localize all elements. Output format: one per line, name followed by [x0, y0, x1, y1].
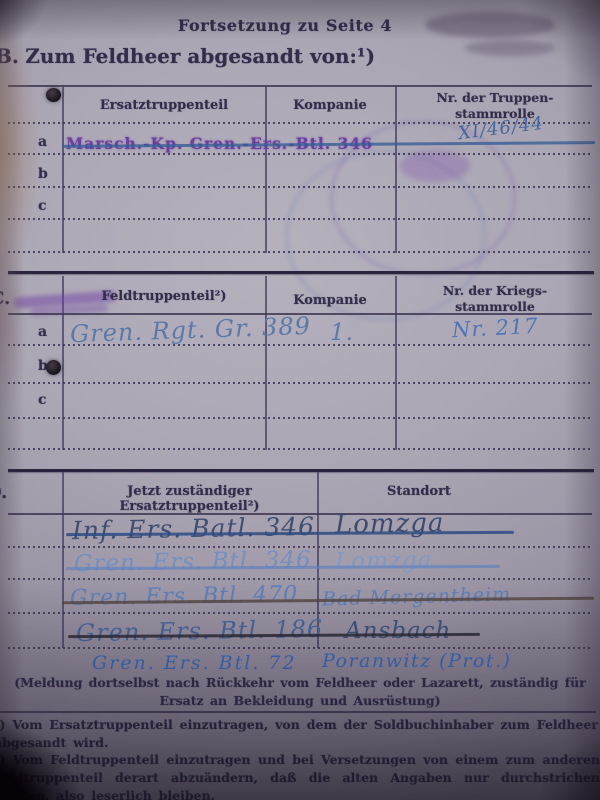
table-b-top-rule [8, 85, 592, 87]
table-c-col3-line1: Nr. der Kriegs- [397, 283, 593, 299]
section-divider-b-c [8, 271, 594, 274]
ersatztruppenteil-entry: Gren. Ers. Btl. 346 [74, 547, 312, 577]
footnote-1: ¹) Vom Ersatztruppenteil einzutragen, vo… [0, 716, 598, 752]
row-label-c: c [38, 392, 47, 408]
row-label-b: b [38, 166, 48, 182]
footnote-rule [0, 711, 596, 713]
row-label-a: a [38, 324, 47, 340]
table-d-row4-line [8, 647, 592, 649]
table-c-col1-header: Feldtruppenteil²) [64, 289, 264, 304]
section-b-heading: B. Zum Feldheer abgesandt von:¹) [0, 44, 375, 68]
table-b-col2-header: Kompanie [267, 98, 393, 113]
table-b-row-a-line [8, 153, 592, 155]
section-divider-c-d [8, 469, 594, 472]
ersatztruppenteil-entry: Gren. Ers. Btl. 470 [70, 582, 299, 611]
ersatztruppenteil-entry: Gren. Ers. Btl. 186 [76, 615, 324, 647]
table-b-row-c-line [8, 218, 592, 220]
standort-entry-current: Poranwitz (Prot.) [322, 650, 511, 672]
row-label-c: c [38, 198, 47, 214]
row-label-a: a [38, 134, 47, 150]
table-d-col2-header: Standort [319, 484, 519, 499]
ersatztruppenteil-entry: Inf. Ers. Batl. 346 [72, 512, 316, 545]
table-d-row2-line [8, 578, 592, 580]
kompanie-entry: 1. [330, 320, 354, 346]
standort-entry: Ansbach [345, 618, 451, 644]
feldtruppenteil-entry: Gren. Rgt. Gr. 389 [70, 312, 312, 348]
standort-entry: Lomzga [335, 547, 433, 575]
table-b-col1-header: Ersatztruppenteil [64, 98, 264, 113]
table-b-col3-header: Nr. der Truppen- stammrolle [397, 90, 593, 121]
ersatztruppenteil-entry-current: Gren. Ers. Btl. 72 [92, 652, 297, 674]
table-b-col3-line1: Nr. der Truppen- [397, 90, 593, 106]
table-d-row3-line [8, 612, 592, 614]
table-d-col1-header: Jetzt zuständiger Ersatztruppenteil²) [64, 484, 315, 514]
table-c-row-c-line [8, 417, 592, 419]
table-b-extra-line [8, 251, 592, 253]
section-b-label: B. [0, 44, 19, 68]
footnote-2: ²) Vom Feldtruppenteil einzutragen und b… [0, 751, 600, 800]
page-title: Fortsetzung zu Seite 4 [0, 16, 570, 35]
table-c-col3-header: Nr. der Kriegs- stammrolle [397, 283, 593, 314]
punch-hole [46, 88, 61, 102]
section-d-label: D. [0, 482, 7, 503]
meldung-note: (Meldung dortselbst nach Rückkehr vom Fe… [8, 674, 592, 710]
section-c-label: C. [0, 288, 10, 309]
soldbuch-page-photo: Fortsetzung zu Seite 4 B. Zum Feldheer a… [0, 0, 600, 800]
bleedthrough-mark [465, 40, 555, 56]
kriegsstammrolle-entry: Nr. 217 [451, 314, 539, 342]
standort-entry: Lomzga [335, 508, 445, 540]
punch-hole [46, 360, 61, 375]
table-b-row-b-line [8, 186, 592, 188]
table-c-col2-header: Kompanie [267, 293, 393, 308]
table-c-col3-line2: stammrolle [397, 299, 593, 315]
table-c-row-b-line [8, 382, 592, 384]
section-b-heading-text: Zum Feldheer abgesandt von:¹) [25, 44, 375, 68]
table-c-extra-line [8, 448, 592, 450]
